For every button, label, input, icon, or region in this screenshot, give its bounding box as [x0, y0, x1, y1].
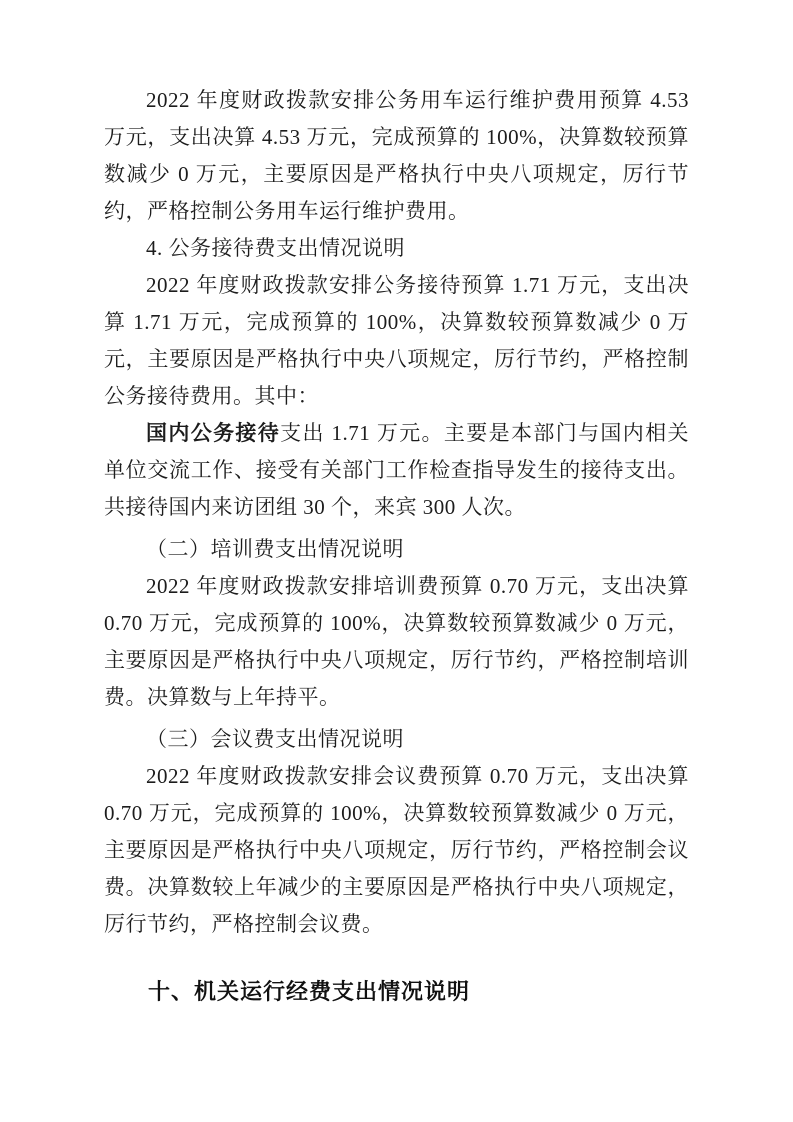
subheading-training-fee: （二）培训费支出情况说明: [104, 531, 689, 568]
para-vehicle-maintenance-detail: 2022 年度财政拨款安排公务用车运行维护费用预算 4.53 万元，支出决算 4…: [104, 82, 689, 230]
para-meeting-fee-detail: 2022 年度财政拨款安排会议费预算 0.70 万元，支出决算 0.70 万元，…: [104, 758, 689, 943]
para-domestic-official-reception: 国内公务接待支出 1.71 万元。主要是本部门与国内相关单位交流工作、接受有关部…: [104, 415, 689, 526]
domestic-reception-bold-label: 国内公务接待: [146, 421, 280, 445]
subheading-official-reception-fee: 4. 公务接待费支出情况说明: [104, 230, 689, 267]
document-page: 2022 年度财政拨款安排公务用车运行维护费用预算 4.53 万元，支出决算 4…: [0, 0, 793, 1122]
subheading-meeting-fee: （三）会议费支出情况说明: [104, 721, 689, 758]
document-content: 2022 年度财政拨款安排公务用车运行维护费用预算 4.53 万元，支出决算 4…: [104, 82, 689, 1010]
para-official-reception-detail: 2022 年度财政拨款安排公务接待预算 1.71 万元，支出决算 1.71 万元…: [104, 267, 689, 415]
para-training-fee-detail: 2022 年度财政拨款安排培训费预算 0.70 万元，支出决算 0.70 万元，…: [104, 568, 689, 716]
heading-agency-operating-expenses: 十、机关运行经费支出情况说明: [104, 973, 689, 1010]
